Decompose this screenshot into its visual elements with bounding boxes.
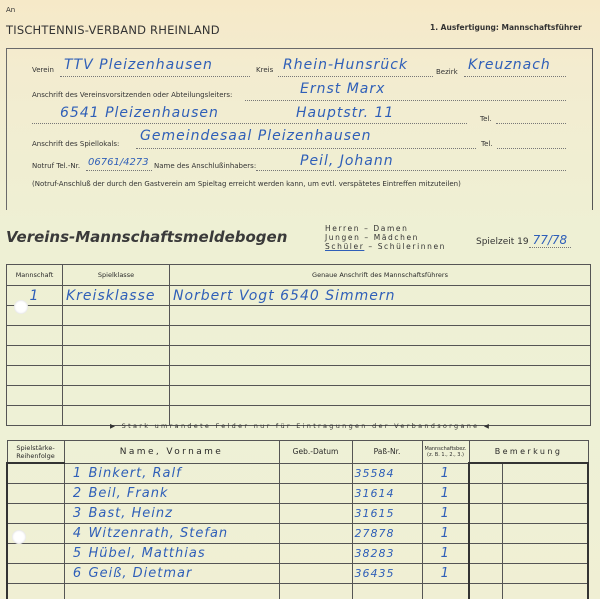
captain-cell[interactable] <box>170 306 591 326</box>
bezirk-field[interactable]: Kreuznach <box>468 57 551 73</box>
remark-cell[interactable] <box>503 504 588 524</box>
table-row: 1 Kreisklasse Norbert Vogt 6540 Simmern <box>7 286 591 306</box>
team-designation-cell[interactable] <box>422 584 469 599</box>
copy-label: 1. Ausfertigung: Mannschaftsführer <box>430 23 582 32</box>
venue-field[interactable]: Gemeindesaal Pleizenhausen <box>140 128 372 144</box>
pass-cell[interactable]: 31614 <box>352 484 422 504</box>
table-row <box>7 306 591 326</box>
official-rank-cell[interactable] <box>7 584 64 599</box>
bezirk-label: Bezirk <box>436 68 458 76</box>
verband-note: ▶ Stark umrandete Felder nur für Eintrag… <box>110 422 491 430</box>
name-value: Hübel, Matthias <box>89 546 206 561</box>
team-designation-cell[interactable]: 1 <box>422 484 469 504</box>
addressee-prefix: An <box>6 6 15 14</box>
team-designation-cell[interactable]: 1 <box>422 504 469 524</box>
kreis-field[interactable]: Rhein-Hunsrück <box>283 57 408 73</box>
captain-cell[interactable] <box>170 386 591 406</box>
team-designation-cell[interactable]: 1 <box>422 544 469 564</box>
pass-cell[interactable]: 35584 <box>352 463 422 484</box>
chairman-street-field[interactable]: Hauptstr. 11 <box>296 105 394 121</box>
header-remark: Bemerkung <box>469 441 588 464</box>
table-row: 1Binkert, Ralf 35584 1 <box>7 463 588 484</box>
emergency-note: (Notruf-Anschluß der durch den Gastverei… <box>32 180 461 188</box>
team-table-header: Mannschaft Spielklasse Genaue Anschrift … <box>7 265 591 286</box>
chairman-city-field[interactable]: 6541 Pleizenhausen <box>60 105 219 121</box>
holder-label: Name des Anschlußinhabers: <box>154 162 256 170</box>
chairman-label: Anschrift des Vereinsvorsitzenden oder A… <box>32 91 232 99</box>
team-designation-cell[interactable]: 1 <box>422 564 469 584</box>
holder-field[interactable]: Peil, Johann <box>300 153 394 169</box>
organization-name: TISCHTENNIS-VERBAND RHEINLAND <box>6 23 220 37</box>
name-value: Geiß, Dietmar <box>89 566 193 581</box>
pass-cell[interactable]: 38283 <box>352 544 422 564</box>
header-rank: Spielstärke-Reihenfolge <box>7 441 64 464</box>
league-cell[interactable] <box>63 306 170 326</box>
header-name: Name, Vorname <box>64 441 279 464</box>
name-value: Bast, Heinz <box>89 506 173 521</box>
kreis-line <box>278 76 433 77</box>
venue-tel-field[interactable] <box>497 148 566 149</box>
header-team-designation: Mannschaftsbez. (z. B. 1., 2., 3.) <box>422 441 469 464</box>
pass-cell[interactable]: 31615 <box>352 504 422 524</box>
remark-cell[interactable] <box>503 564 588 584</box>
season-label: Spielzeit 19 <box>476 237 529 247</box>
arrow-left-icon: ◀ <box>479 422 491 430</box>
form-title: Vereins-Mannschaftsmeldebogen <box>6 228 287 246</box>
table-row <box>7 326 591 346</box>
team-cell[interactable] <box>7 406 63 426</box>
name-cell[interactable]: 5Hübel, Matthias <box>64 544 279 564</box>
official-cell[interactable] <box>469 564 503 584</box>
official-cell[interactable] <box>469 484 503 504</box>
verein-field[interactable]: TTV Pleizenhausen <box>64 57 213 73</box>
dob-cell[interactable] <box>279 463 352 484</box>
venue-line <box>136 148 476 149</box>
rank-value: 6 <box>67 566 89 581</box>
arrow-right-icon: ▶ <box>110 422 122 430</box>
chairman-address-line <box>32 123 467 124</box>
captain-cell[interactable]: Norbert Vogt 6540 Simmern <box>170 286 591 306</box>
player-table-header: Spielstärke-Reihenfolge Name, Vorname Ge… <box>7 441 588 464</box>
dob-cell[interactable] <box>279 484 352 504</box>
remark-cell[interactable] <box>503 584 588 599</box>
name-cell[interactable]: 3Bast, Heinz <box>64 504 279 524</box>
holder-line <box>256 170 566 171</box>
table-row <box>7 346 591 366</box>
header-team: Mannschaft <box>7 265 63 286</box>
captain-cell[interactable] <box>170 366 591 386</box>
official-cell[interactable] <box>469 524 503 544</box>
emergency-label: Notruf Tel.-Nr. <box>32 162 80 170</box>
dob-cell[interactable] <box>279 524 352 544</box>
verein-label: Verein <box>32 66 54 74</box>
pass-cell[interactable]: 36435 <box>352 564 422 584</box>
verein-line <box>60 76 250 77</box>
header-dob: Geb.-Datum <box>279 441 352 464</box>
name-cell[interactable]: 4Witzenrath, Stefan <box>64 524 279 544</box>
team-designation-cell[interactable]: 1 <box>422 463 469 484</box>
pass-cell[interactable]: 27878 <box>352 524 422 544</box>
official-cell[interactable] <box>469 544 503 564</box>
dob-cell[interactable] <box>279 584 352 599</box>
remark-cell[interactable] <box>503 463 588 484</box>
dob-cell[interactable] <box>279 564 352 584</box>
name-value: Witzenrath, Stefan <box>89 526 229 541</box>
category-option[interactable]: Jungen – Mädchen <box>325 233 446 242</box>
header-pass: Paß-Nr. <box>352 441 422 464</box>
table-row: 3Bast, Heinz 31615 1 <box>7 504 588 524</box>
team-table: Mannschaft Spielklasse Genaue Anschrift … <box>6 264 591 426</box>
table-row <box>7 366 591 386</box>
note-text: Stark umrandete Felder nur für Eintragun… <box>122 422 480 430</box>
captain-cell[interactable] <box>170 346 591 366</box>
chairman-line <box>245 100 566 101</box>
punch-hole <box>12 530 26 544</box>
team-designation-cell[interactable]: 1 <box>422 524 469 544</box>
official-cell[interactable] <box>469 584 503 599</box>
player-table: Spielstärke-Reihenfolge Name, Vorname Ge… <box>6 440 589 599</box>
category-option[interactable]: Herren – Damen <box>325 224 446 233</box>
team-cell[interactable] <box>7 366 63 386</box>
name-value: Binkert, Ralf <box>89 466 182 481</box>
league-cell[interactable]: Kreisklasse <box>63 286 170 306</box>
official-cell[interactable] <box>469 463 503 484</box>
table-row <box>7 386 591 406</box>
season-field[interactable]: 77/78 <box>529 233 572 248</box>
league-cell[interactable] <box>63 386 170 406</box>
team-cell[interactable] <box>7 326 63 346</box>
chairman-tel-field[interactable] <box>496 123 566 124</box>
official-rank-cell[interactable] <box>7 484 64 504</box>
chairman-tel-label: Tel. <box>480 115 492 123</box>
league-cell[interactable] <box>63 326 170 346</box>
rank-value: 3 <box>67 506 89 521</box>
official-rank-cell[interactable] <box>7 544 64 564</box>
table-row <box>7 584 588 599</box>
chairman-name-field[interactable]: Ernst Marx <box>300 81 385 97</box>
bezirk-line <box>464 76 566 77</box>
rank-value: 1 <box>67 466 89 481</box>
name-value: Beil, Frank <box>89 486 169 501</box>
official-cell[interactable] <box>469 504 503 524</box>
official-rank-cell[interactable] <box>7 564 64 584</box>
emergency-field[interactable]: 06761/4273 <box>88 157 149 168</box>
table-row: 6Geiß, Dietmar 36435 1 <box>7 564 588 584</box>
dob-cell[interactable] <box>279 504 352 524</box>
name-cell[interactable]: 6Geiß, Dietmar <box>64 564 279 584</box>
name-cell[interactable]: 2Beil, Frank <box>64 484 279 504</box>
remark-cell[interactable] <box>503 544 588 564</box>
rank-value: 2 <box>67 486 89 501</box>
official-rank-cell[interactable] <box>7 463 64 484</box>
emergency-line <box>86 170 152 171</box>
pass-cell[interactable] <box>352 584 422 599</box>
league-cell[interactable] <box>63 366 170 386</box>
team-cell[interactable] <box>7 386 63 406</box>
remark-cell[interactable] <box>503 484 588 504</box>
rank-value: 5 <box>67 546 89 561</box>
venue-tel-label: Tel. <box>481 140 493 148</box>
remark-cell[interactable] <box>503 524 588 544</box>
name-cell[interactable] <box>64 584 279 599</box>
category-selector: Herren – Damen Jungen – Mädchen Schüler … <box>325 224 446 251</box>
venue-label: Anschrift des Spiellokals: <box>32 140 119 148</box>
category-option[interactable]: – Schülerinnen <box>364 242 446 251</box>
team-cell[interactable] <box>7 346 63 366</box>
captain-cell[interactable] <box>170 326 591 346</box>
kreis-label: Kreis <box>256 66 273 74</box>
category-option-selected[interactable]: Schüler <box>325 242 364 251</box>
dob-cell[interactable] <box>279 544 352 564</box>
table-row: 5Hübel, Matthias 38283 1 <box>7 544 588 564</box>
league-cell[interactable] <box>63 346 170 366</box>
header-captain: Genaue Anschrift des Mannschaftsführers <box>170 265 591 286</box>
table-row: 2Beil, Frank 31614 1 <box>7 484 588 504</box>
season: Spielzeit 1977/78 <box>476 233 571 247</box>
table-row: 4Witzenrath, Stefan 27878 1 <box>7 524 588 544</box>
punch-hole <box>14 300 28 314</box>
official-rank-cell[interactable] <box>7 504 64 524</box>
header-league: Spielklasse <box>63 265 170 286</box>
name-cell[interactable]: 1Binkert, Ralf <box>64 463 279 484</box>
rank-value: 4 <box>67 526 89 541</box>
